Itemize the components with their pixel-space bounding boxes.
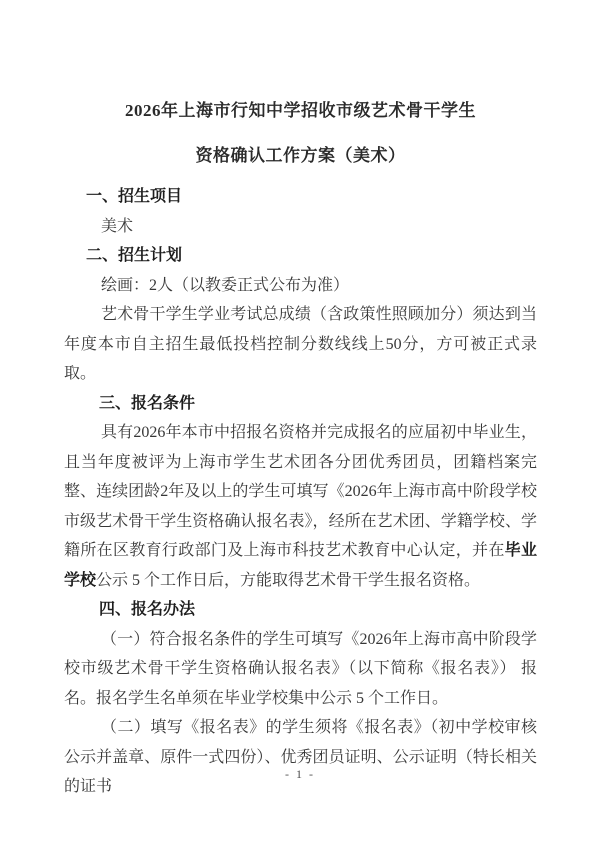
document-title: 2026年上海市行知中学招收市级艺术骨干学生 资格确认工作方案（美术） <box>64 0 537 178</box>
document-content: 2026年上海市行知中学招收市级艺术骨干学生 资格确认工作方案（美术） 一、招生… <box>64 0 537 802</box>
conditions-text-before-bold: 具有2026年本市中招报名资格并完成报名的应届初中毕业生，且当年度被评为上海市学… <box>64 424 537 559</box>
paragraph-plan-quota: 绘画：2人（以教委正式公布为准） <box>64 271 537 301</box>
paragraph-method-item1: （一）符合报名条件的学生可填写《2026年上海市高中阶段学校市级艺术骨干学生资格… <box>64 625 537 714</box>
section-heading-application-conditions: 三、报名条件 <box>64 389 537 419</box>
paragraph-program: 美术 <box>64 212 537 242</box>
page-number: - 1 - <box>0 764 600 784</box>
section-heading-enrollment-program: 一、招生项目 <box>64 182 537 212</box>
paragraph-method-item2: （二）填写《报名表》的学生须将《报名表》（初中学校审核公示并盖章、原件一式四份）… <box>64 713 537 802</box>
section-heading-enrollment-plan: 二、招生计划 <box>64 241 537 271</box>
section-heading-application-method: 四、报名办法 <box>64 595 537 625</box>
document-title-line1: 2026年上海市行知中学招收市级艺术骨干学生 <box>64 88 537 133</box>
document-page: 2026年上海市行知中学招收市级艺术骨干学生 资格确认工作方案（美术） 一、招生… <box>0 0 600 849</box>
conditions-text-after-bold: 公示 5 个工作日后，方能取得艺术骨干学生报名资格。 <box>96 572 480 589</box>
paragraph-plan-score-requirement: 艺术骨干学生学业考试总成绩（含政策性照顾加分）须达到当年度本市自主招生最低投档控… <box>64 300 537 389</box>
document-title-line2: 资格确认工作方案（美术） <box>64 133 537 178</box>
paragraph-conditions: 具有2026年本市中招报名资格并完成报名的应届初中毕业生，且当年度被评为上海市学… <box>64 418 537 595</box>
